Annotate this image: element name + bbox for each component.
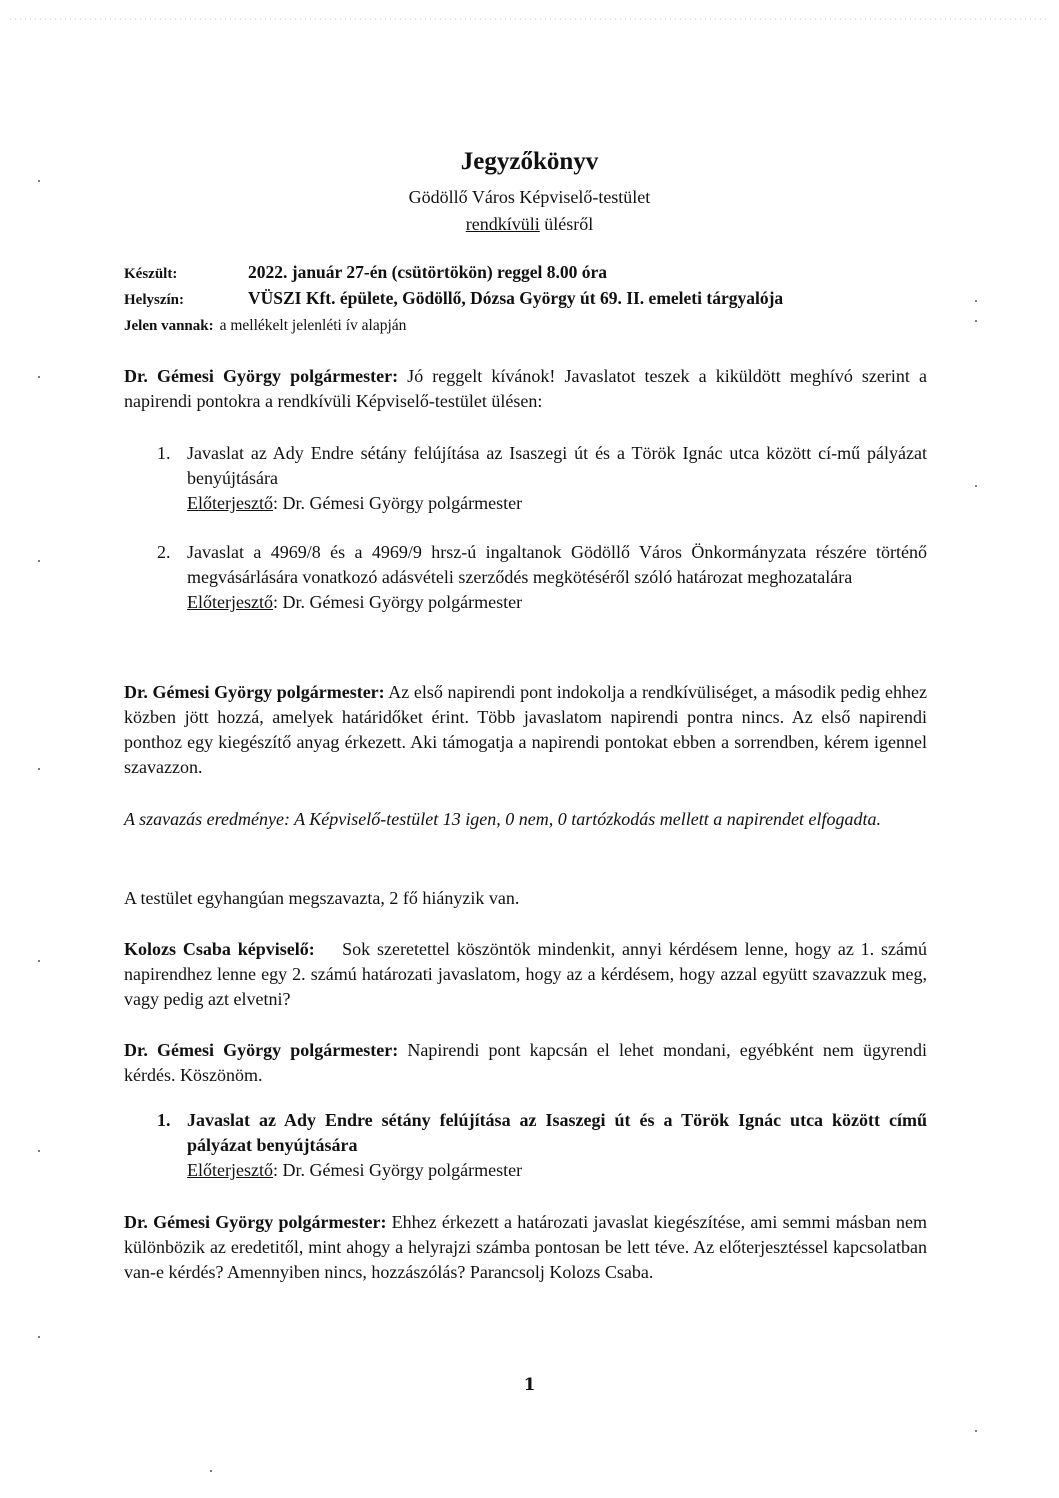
paragraph-supplement: Dr. Gémesi György polgármester: Ehhez ér…	[124, 1210, 927, 1285]
paragraph-opening: Dr. Gémesi György polgármester: Jó regge…	[124, 364, 927, 414]
speaker-name: Kolozs Csaba képviselő:	[124, 939, 315, 959]
paragraph-unanimous: A testület egyhangúan megszavazta, 2 fő …	[124, 886, 927, 911]
meta-value-date: 2022. január 27-én (csütörtökön) reggel …	[248, 262, 607, 282]
scan-artifact	[38, 376, 40, 378]
agenda-heading-1: 1. Javaslat az Ady Endre sétány felújítá…	[157, 1108, 927, 1183]
document-title: Jegyzőkönyv	[0, 148, 1059, 176]
meta-row-date: Készült:2022. január 27-én (csütörtökön)…	[124, 262, 607, 283]
meta-value-attendees: a mellékelt jelenléti ív alapján	[220, 317, 407, 334]
paragraph-mayor-reply: Dr. Gémesi György polgármester: Napirend…	[124, 1038, 927, 1088]
speaker-name: Dr. Gémesi György polgármester:	[124, 366, 398, 386]
agenda-text: Javaslat az Ady Endre sétány felújítása …	[187, 441, 927, 491]
scan-artifact-dots	[8, 18, 1048, 20]
scan-artifact	[38, 768, 40, 770]
session-type-underlined: rendkívüli	[466, 214, 540, 234]
meta-row-location: Helyszín:VÜSZI Kft. épülete, Gödöllő, Dó…	[124, 288, 783, 309]
session-type-rest: ülésről	[540, 214, 594, 234]
agenda-number: 1.	[157, 1108, 171, 1133]
speaker-name: Dr. Gémesi György polgármester:	[124, 682, 385, 702]
agenda-presenter: Előterjesztő: Dr. Gémesi György polgárme…	[187, 1158, 927, 1183]
agenda-number: 2.	[157, 540, 171, 565]
agenda-item-1: 1. Javaslat az Ady Endre sétány felújítá…	[157, 441, 927, 516]
paragraph-agenda-explanation: Dr. Gémesi György polgármester: Az első …	[124, 680, 927, 780]
speaker-name: Dr. Gémesi György polgármester:	[124, 1212, 386, 1232]
scan-artifact	[210, 1470, 212, 1472]
agenda-number: 1.	[157, 441, 171, 466]
document-subtitle: Gödöllő Város Képviselő-testület	[0, 187, 1059, 208]
document-subtitle-session-type: rendkívüli ülésről	[0, 214, 1059, 235]
agenda-text: Javaslat az Ady Endre sétány felújítása …	[187, 1108, 927, 1158]
scan-artifact	[975, 320, 977, 322]
scan-artifact	[38, 180, 40, 182]
meta-label-attendees: Jelen vannak:	[124, 318, 214, 335]
scan-artifact	[38, 1336, 40, 1338]
scan-artifact	[38, 560, 40, 562]
agenda-presenter: Előterjesztő: Dr. Gémesi György polgárme…	[187, 590, 927, 615]
meta-value-location: VÜSZI Kft. épülete, Gödöllő, Dózsa Györg…	[248, 288, 783, 308]
agenda-presenter: Előterjesztő: Dr. Gémesi György polgárme…	[187, 491, 927, 516]
meta-label-date: Készült:	[124, 266, 248, 283]
scan-artifact	[975, 1430, 977, 1432]
page-number: 1	[0, 1375, 1059, 1395]
meta-label-location: Helyszín:	[124, 292, 248, 309]
agenda-item-2: 2. Javaslat a 4969/8 és a 4969/9 hrsz-ú …	[157, 540, 927, 615]
meta-row-attendees: Jelen vannak:a mellékelt jelenléti ív al…	[124, 314, 406, 335]
vote-result: A szavazás eredménye: A Képviselő-testül…	[124, 807, 927, 832]
agenda-text: Javaslat a 4969/8 és a 4969/9 hrsz-ú ing…	[187, 540, 927, 590]
paragraph-kolozs-question: Kolozs Csaba képviselő: Sok szeretettel …	[124, 937, 927, 1012]
document-page: Jegyzőkönyv Gödöllő Város Képviselő-test…	[0, 0, 1059, 1498]
scan-artifact	[38, 1150, 40, 1152]
scan-artifact	[975, 485, 977, 487]
scan-artifact	[38, 960, 40, 962]
scan-artifact	[975, 300, 977, 302]
speaker-name: Dr. Gémesi György polgármester:	[124, 1040, 398, 1060]
